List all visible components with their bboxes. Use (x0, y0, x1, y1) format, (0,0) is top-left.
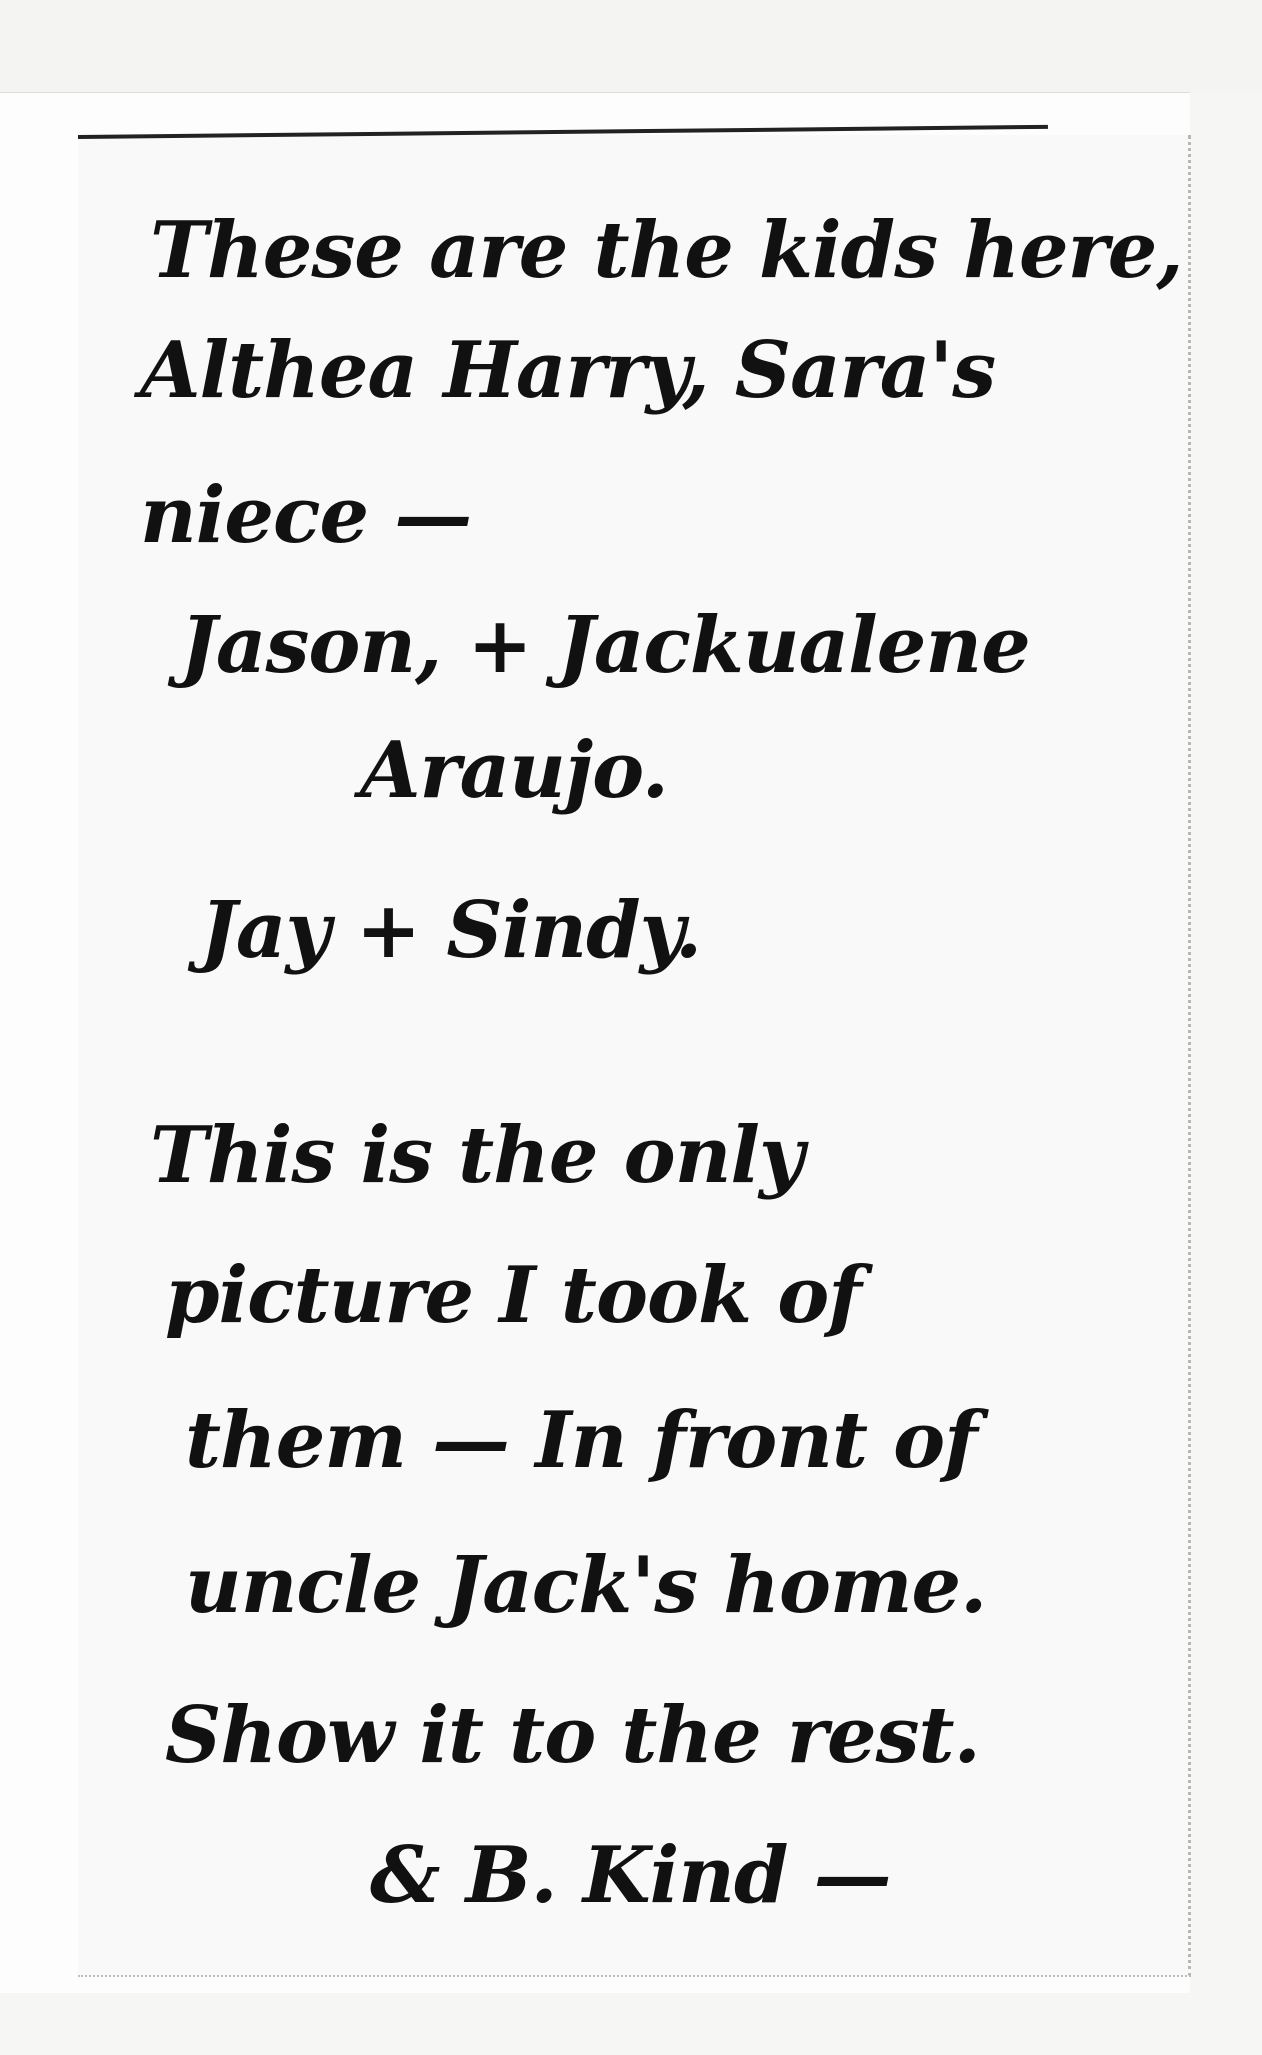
scan-background (0, 0, 1262, 92)
handwritten-line: Jay + Sindy. (200, 885, 701, 976)
handwritten-line: Jason, + Jackualene (180, 600, 1030, 691)
handwritten-line: This is the only (150, 1110, 803, 1201)
handwritten-line: These are the kids here, (150, 205, 1183, 296)
handwritten-line: Althea Harry, Sara's (140, 325, 995, 416)
handwritten-line: uncle Jack's home. (185, 1540, 986, 1631)
handwritten-line: & B. Kind — (370, 1830, 891, 1921)
handwritten-line: Araujo. (360, 725, 668, 816)
handwritten-line: niece — (140, 470, 471, 561)
handwritten-line: Show it to the rest. (165, 1690, 980, 1781)
handwritten-line: picture I took of (165, 1250, 861, 1341)
handwritten-line: them — In front of (185, 1395, 977, 1486)
